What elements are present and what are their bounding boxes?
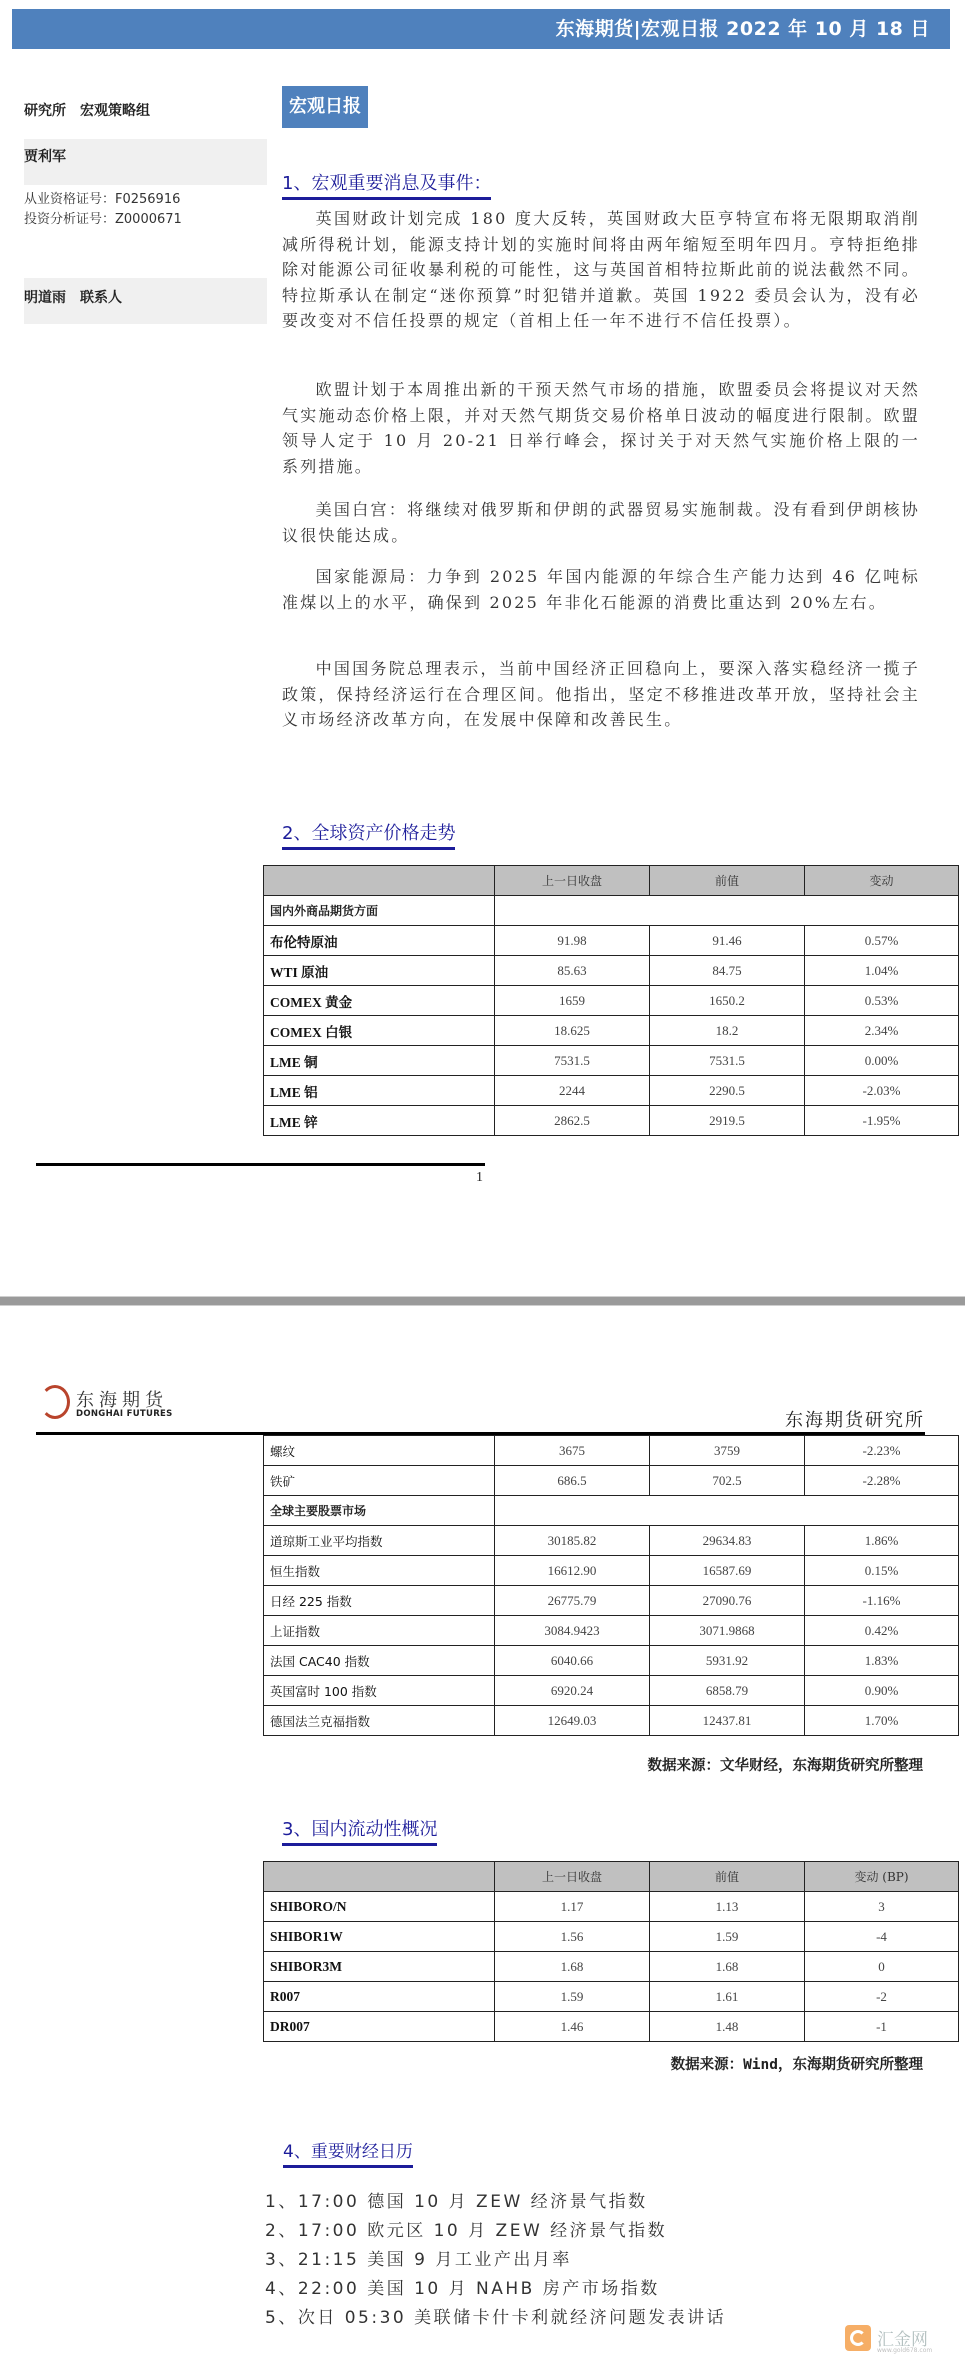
table-header-row: 上一日收盘 前值 变动 (BP) [264, 1862, 959, 1892]
row-label: 法国 CAC40 指数 [264, 1646, 495, 1676]
cell-change: 0.90% [805, 1676, 959, 1706]
cell-close: 3675 [495, 1436, 650, 1466]
calendar-item: 4、22:00 美国 10 月 NAHB 房产市场指数 [265, 2274, 660, 2299]
table-row: 恒生指数16612.9016587.690.15% [264, 1556, 959, 1586]
contact-person: 明道雨联系人 [24, 287, 122, 307]
cell-change: 0.15% [805, 1556, 959, 1586]
col-header: 前值 [650, 1862, 805, 1892]
header-band: 东海期货|宏观日报 2022 年 10 月 18 日 [12, 9, 950, 49]
report-header-title: 东海期货|宏观日报 2022 年 10 月 18 日 [556, 9, 930, 49]
table-row: 法国 CAC40 指数6040.665931.921.83% [264, 1646, 959, 1676]
logo-text-en: DONGHAI FUTURES [76, 1409, 173, 1419]
table-row: 铁矿686.5702.5-2.28% [264, 1466, 959, 1496]
cell-prev: 84.75 [650, 956, 805, 986]
table-row: 德国法兰克福指数12649.0312437.811.70% [264, 1706, 959, 1736]
cell-change: 0.42% [805, 1616, 959, 1646]
asset-price-table-p1: 上一日收盘 前值 变动 国内外商品期货方面 布伦特原油91.9891.460.5… [263, 865, 959, 1136]
cell-change: -1 [805, 2012, 959, 2042]
row-label: 恒生指数 [264, 1556, 495, 1586]
row-label: LME 锌 [264, 1106, 495, 1136]
col-header: 上一日收盘 [495, 866, 650, 896]
cell-close: 2244 [495, 1076, 650, 1106]
row-label: SHIBOR3M [264, 1952, 495, 1982]
cell-prev: 1.13 [650, 1892, 805, 1922]
col-header: 上一日收盘 [495, 1862, 650, 1892]
table-row: COMEX 黄金16591650.20.53% [264, 986, 959, 1016]
section2-title: 2、全球资产价格走势 [282, 822, 455, 850]
cell-change: 1.83% [805, 1646, 959, 1676]
cell-change: -2.23% [805, 1436, 959, 1466]
section4-title: 4、重要财经日历 [283, 2140, 413, 2168]
table-row: 上证指数3084.94233071.98680.42% [264, 1616, 959, 1646]
cell-change: -4 [805, 1922, 959, 1952]
news-paragraph: 英国财政计划完成 180 度大反转，英国财政大臣亨特宣布将无限期取消削减所得税计… [282, 206, 920, 334]
col-header: 变动 (BP) [805, 1862, 959, 1892]
cell-change: -2 [805, 1982, 959, 2012]
cell-close: 2862.5 [495, 1106, 650, 1136]
group-empty-cell [495, 1496, 959, 1526]
dragon-logo-icon [40, 1385, 70, 1419]
watermark-url: www.gold678.com [877, 2347, 932, 2354]
row-label: 布伦特原油 [264, 926, 495, 956]
cell-prev: 1.61 [650, 1982, 805, 2012]
cell-close: 1.56 [495, 1922, 650, 1952]
table-row: 道琼斯工业平均指数30185.8229634.831.86% [264, 1526, 959, 1556]
table-row: SHIBOR1W1.561.59-4 [264, 1922, 959, 1952]
group-row: 国内外商品期货方面 [264, 896, 959, 926]
cell-close: 12649.03 [495, 1706, 650, 1736]
cell-change: 1.70% [805, 1706, 959, 1736]
table-row: WTI 原油85.6384.751.04% [264, 956, 959, 986]
contact-role: 联系人 [80, 290, 122, 306]
watermark: 汇金网 www.gold678.com [845, 2325, 965, 2365]
cell-close: 91.98 [495, 926, 650, 956]
row-label: COMEX 黄金 [264, 986, 495, 1016]
table-header-row: 上一日收盘 前值 变动 [264, 866, 959, 896]
watermark-logo-icon [845, 2325, 871, 2351]
news-paragraph: 欧盟计划于本周推出新的干预天然气市场的措施，欧盟委员会将提议对天然气实施动态价格… [282, 377, 920, 479]
cell-prev: 6858.79 [650, 1676, 805, 1706]
cell-change: -1.16% [805, 1586, 959, 1616]
cell-change: 1.04% [805, 956, 959, 986]
row-label: LME 铜 [264, 1046, 495, 1076]
cell-close: 7531.5 [495, 1046, 650, 1076]
cell-prev: 1.68 [650, 1952, 805, 1982]
cell-prev: 16587.69 [650, 1556, 805, 1586]
report-tag: 宏观日报 [282, 86, 368, 128]
cell-prev: 2919.5 [650, 1106, 805, 1136]
group-label: 全球主要股票市场 [264, 1496, 495, 1526]
table-row: 英国富时 100 指数6920.246858.790.90% [264, 1676, 959, 1706]
cell-prev: 702.5 [650, 1466, 805, 1496]
cell-prev: 3071.9868 [650, 1616, 805, 1646]
cell-change: 0.57% [805, 926, 959, 956]
cell-close: 85.63 [495, 956, 650, 986]
cell-close: 6040.66 [495, 1646, 650, 1676]
col-header [264, 1862, 495, 1892]
news-paragraph: 国家能源局：力争到 2025 年国内能源的年综合生产能力达到 46 亿吨标准煤以… [282, 564, 920, 615]
table-row: LME 锌2862.52919.5-1.95% [264, 1106, 959, 1136]
row-label: 道琼斯工业平均指数 [264, 1526, 495, 1556]
ring-icon [850, 2330, 866, 2346]
cell-close: 16612.90 [495, 1556, 650, 1586]
cell-change: 3 [805, 1892, 959, 1922]
cell-close: 3084.9423 [495, 1616, 650, 1646]
row-label: 英国富时 100 指数 [264, 1676, 495, 1706]
footnote-rule [36, 1163, 485, 1166]
page-separator [0, 1296, 965, 1306]
cell-close: 1.17 [495, 1892, 650, 1922]
table-row: COMEX 白银18.62518.22.34% [264, 1016, 959, 1046]
liquidity-table: 上一日收盘 前值 变动 (BP) SHIBORO/N1.171.133 SHIB… [263, 1861, 959, 2042]
cell-change: -2.28% [805, 1466, 959, 1496]
cell-prev: 1.48 [650, 2012, 805, 2042]
row-label: WTI 原油 [264, 956, 495, 986]
cell-close: 1.46 [495, 2012, 650, 2042]
table-row: 布伦特原油91.9891.460.57% [264, 926, 959, 956]
group-label: 国内外商品期货方面 [264, 896, 495, 926]
row-label: 螺纹 [264, 1436, 495, 1466]
row-label: LME 铝 [264, 1076, 495, 1106]
cell-close: 1.68 [495, 1952, 650, 1982]
page-number: 1 [476, 1170, 483, 1186]
col-header: 前值 [650, 866, 805, 896]
group-empty-cell [495, 896, 959, 926]
dept-label: 研究所 [24, 103, 66, 119]
cell-prev: 12437.81 [650, 1706, 805, 1736]
sidebar-department: 研究所宏观策略组 [24, 100, 150, 120]
cell-prev: 7531.5 [650, 1046, 805, 1076]
cell-prev: 3759 [650, 1436, 805, 1466]
cell-change: 0.00% [805, 1046, 959, 1076]
cell-change: 0 [805, 1952, 959, 1982]
row-label: 德国法兰克福指数 [264, 1706, 495, 1736]
group-row: 全球主要股票市场 [264, 1496, 959, 1526]
section1-title: 1、宏观重要消息及事件： [282, 172, 491, 200]
news-paragraph: 中国国务院总理表示，当前中国经济正回稳向上，要深入落实稳经济一揽子政策，保持经济… [282, 656, 920, 733]
col-header [264, 866, 495, 896]
cell-prev: 91.46 [650, 926, 805, 956]
row-label: 日经 225 指数 [264, 1586, 495, 1616]
col-header: 变动 [805, 866, 959, 896]
table-row: DR0071.461.48-1 [264, 2012, 959, 2042]
cell-close: 30185.82 [495, 1526, 650, 1556]
asset-price-table-p2: 螺纹36753759-2.23% 铁矿686.5702.5-2.28% 全球主要… [263, 1435, 959, 1736]
cell-close: 1659 [495, 986, 650, 1016]
table-row: SHIBOR3M1.681.680 [264, 1952, 959, 1982]
table-row: SHIBORO/N1.171.133 [264, 1892, 959, 1922]
contact-name: 明道雨 [24, 290, 66, 306]
analyst-name: 贾利军 [24, 146, 66, 166]
calendar-item: 1、17:00 德国 10 月 ZEW 经济景气指数 [265, 2187, 648, 2212]
table-row: R0071.591.61-2 [264, 1982, 959, 2012]
cell-close: 18.625 [495, 1016, 650, 1046]
cell-prev: 29634.83 [650, 1526, 805, 1556]
calendar-item: 2、17:00 欧元区 10 月 ZEW 经济景气指数 [265, 2216, 667, 2241]
cell-change: -2.03% [805, 1076, 959, 1106]
group-label: 宏观策略组 [80, 103, 150, 119]
cell-close: 686.5 [495, 1466, 650, 1496]
row-label: 上证指数 [264, 1616, 495, 1646]
cell-change: -1.95% [805, 1106, 959, 1136]
row-label: 铁矿 [264, 1466, 495, 1496]
cell-change: 1.86% [805, 1526, 959, 1556]
table-row: LME 铜7531.57531.50.00% [264, 1046, 959, 1076]
section3-title: 3、国内流动性概况 [282, 1818, 437, 1846]
cell-prev: 1650.2 [650, 986, 805, 1016]
data-source-note: 数据来源：文华财经，东海期货研究所整理 [648, 1754, 924, 1775]
cell-close: 6920.24 [495, 1676, 650, 1706]
data-source-note: 数据来源：Wind，东海期货研究所整理 [671, 2053, 923, 2074]
cell-change: 2.34% [805, 1016, 959, 1046]
cell-prev: 1.59 [650, 1922, 805, 1952]
row-label: SHIBORO/N [264, 1892, 495, 1922]
table-row: 日经 225 指数26775.7927090.76-1.16% [264, 1586, 959, 1616]
cell-close: 1.59 [495, 1982, 650, 2012]
row-label: COMEX 白银 [264, 1016, 495, 1046]
table-row: LME 铝22442290.5-2.03% [264, 1076, 959, 1106]
license-analysis: 投资分析证号：Z0000671 [24, 208, 182, 227]
institute-name: 东海期货研究所 [785, 1406, 925, 1432]
row-label: R007 [264, 1982, 495, 2012]
cell-prev: 18.2 [650, 1016, 805, 1046]
table-row: 螺纹36753759-2.23% [264, 1436, 959, 1466]
cell-prev: 2290.5 [650, 1076, 805, 1106]
calendar-item: 5、次日 05:30 美联储卡什卡利就经济问题发表讲话 [265, 2303, 726, 2328]
cell-prev: 5931.92 [650, 1646, 805, 1676]
cell-change: 0.53% [805, 986, 959, 1016]
cell-close: 26775.79 [495, 1586, 650, 1616]
news-paragraph: 美国白宫：将继续对俄罗斯和伊朗的武器贸易实施制裁。没有看到伊朗核协议很快能达成。 [282, 497, 920, 548]
row-label: SHIBOR1W [264, 1922, 495, 1952]
company-logo: 东海期货 DONGHAI FUTURES [40, 1385, 180, 1425]
license-qualification: 从业资格证号：F0256916 [24, 188, 180, 207]
row-label: DR007 [264, 2012, 495, 2042]
cell-prev: 27090.76 [650, 1586, 805, 1616]
calendar-item: 3、21:15 美国 9 月工业产出月率 [265, 2245, 572, 2270]
